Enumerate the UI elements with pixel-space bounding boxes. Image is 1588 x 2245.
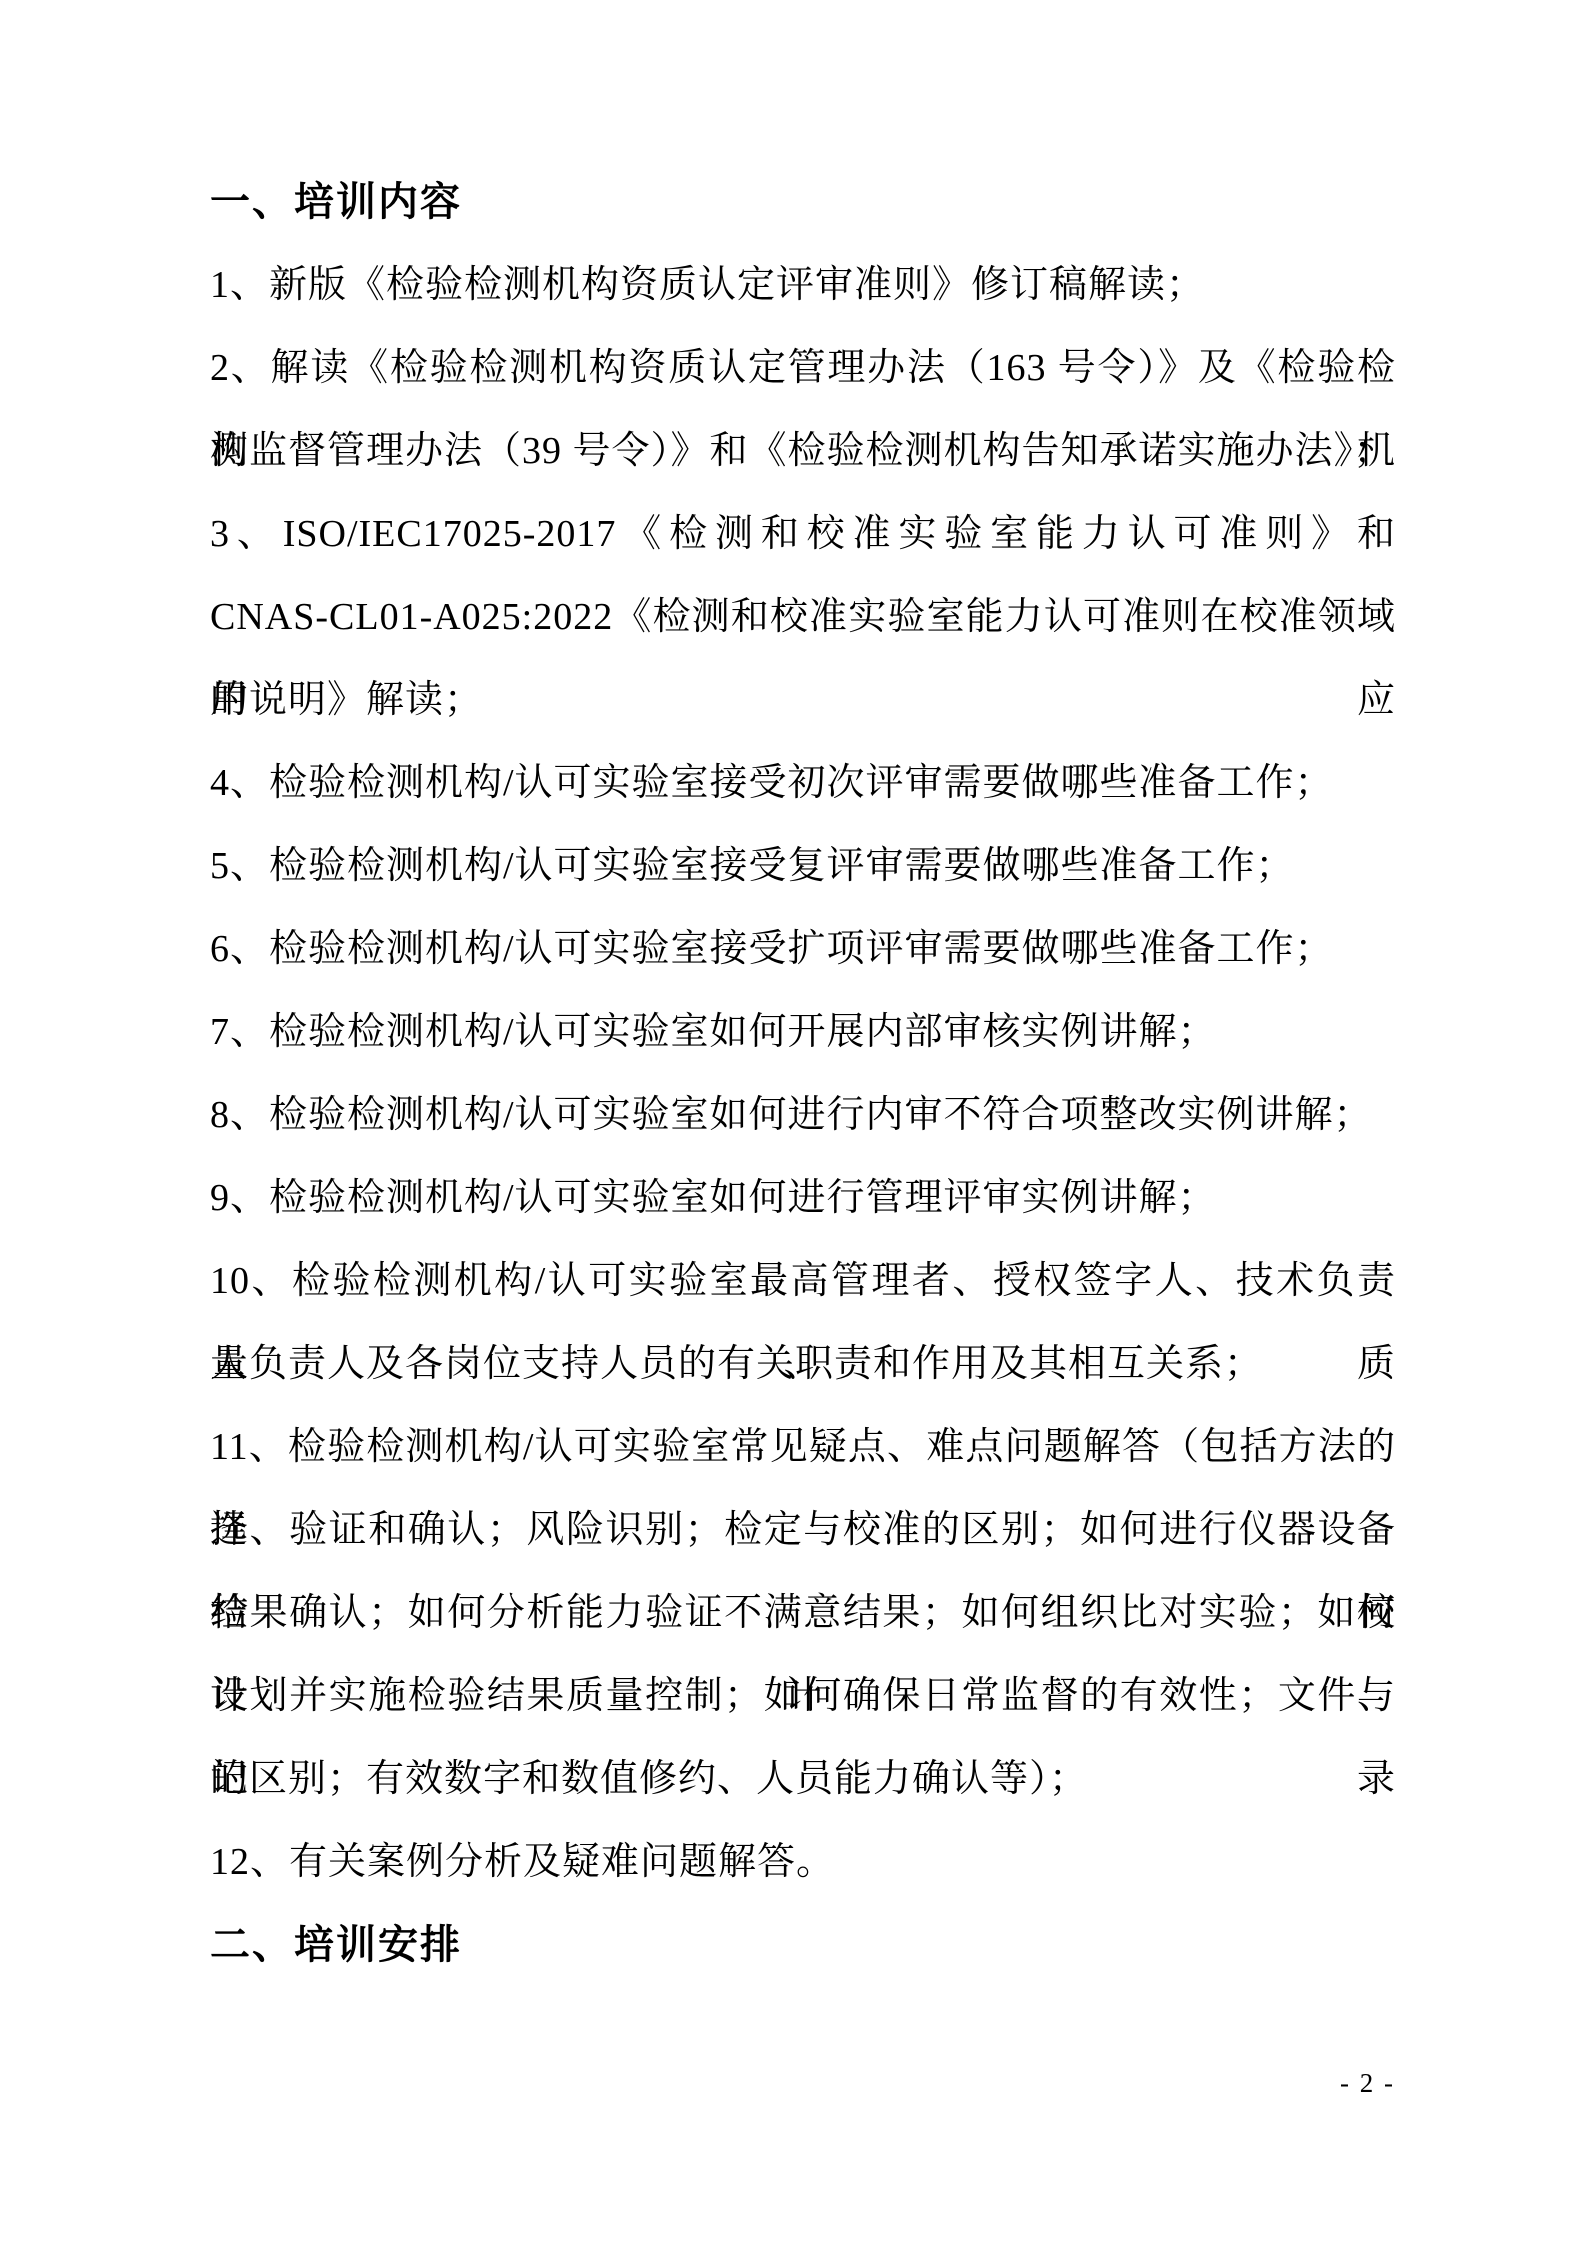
item-4: 4、检验检测机构/认可实验室接受初次评审需要做哪些准备工作； xyxy=(210,742,1396,825)
item-8: 8、检验检测机构/认可实验室如何进行内审不符合项整改实例讲解； xyxy=(210,1074,1396,1157)
document-body: 一、培训内容 1、新版《检验检测机构资质认定评审准则》修订稿解读； 2、解读《检… xyxy=(210,161,1396,1987)
heading-training-schedule: 二、培训安排 xyxy=(210,1904,1396,1987)
item-6: 6、检验检测机构/认可实验室接受扩项评审需要做哪些准备工作； xyxy=(210,908,1396,991)
item-12: 12、有关案例分析及疑难问题解答。 xyxy=(210,1821,1396,1904)
item-2-line-1: 2、解读《检验检测机构资质认定管理办法（163 号令）》及《检验检测机 xyxy=(210,327,1396,410)
item-11-line-1: 11、检验检测机构/认可实验室常见疑点、难点问题解答（包括方法的选 xyxy=(210,1406,1396,1489)
page-number: - 2 - xyxy=(1340,2066,1395,2100)
heading-training-content: 一、培训内容 xyxy=(210,161,1396,244)
item-5: 5、检验检测机构/认可实验室接受复评审需要做哪些准备工作； xyxy=(210,825,1396,908)
item-11-line-4: 计划并实施检验结果质量控制；如何确保日常监督的有效性；文件与记录 xyxy=(210,1655,1396,1738)
item-1: 1、新版《检验检测机构资质认定评审准则》修订稿解读； xyxy=(210,244,1396,327)
item-9: 9、检验检测机构/认可实验室如何进行管理评审实例讲解； xyxy=(210,1157,1396,1240)
item-3-line-2: CNAS-CL01-A025:2022《检测和校准实验室能力认可准则在校准领域的… xyxy=(210,576,1396,659)
document-page: 一、培训内容 1、新版《检验检测机构资质认定评审准则》修订稿解读； 2、解读《检… xyxy=(0,0,1588,2245)
item-11-line-3: 结果确认；如何分析能力验证不满意结果；如何组织比对实验；如何设计、 xyxy=(210,1572,1396,1655)
item-10-line-2: 量负责人及各岗位支持人员的有关职责和作用及其相互关系； xyxy=(210,1323,1396,1406)
item-7: 7、检验检测机构/认可实验室如何开展内部审核实例讲解； xyxy=(210,991,1396,1074)
item-10-line-1: 10、检验检测机构/认可实验室最高管理者、授权签字人、技术负责人、质 xyxy=(210,1240,1396,1323)
item-3-line-1: 3、ISO/IEC17025-2017《检测和校准实验室能力认可准则》和 xyxy=(210,493,1396,576)
item-2-line-2: 构监督管理办法（39 号令）》和《检验检测机构告知承诺实施办法》； xyxy=(210,410,1396,493)
item-11-line-2: 择、验证和确认；风险识别；检定与校准的区别；如何进行仪器设备检校 xyxy=(210,1489,1396,1572)
